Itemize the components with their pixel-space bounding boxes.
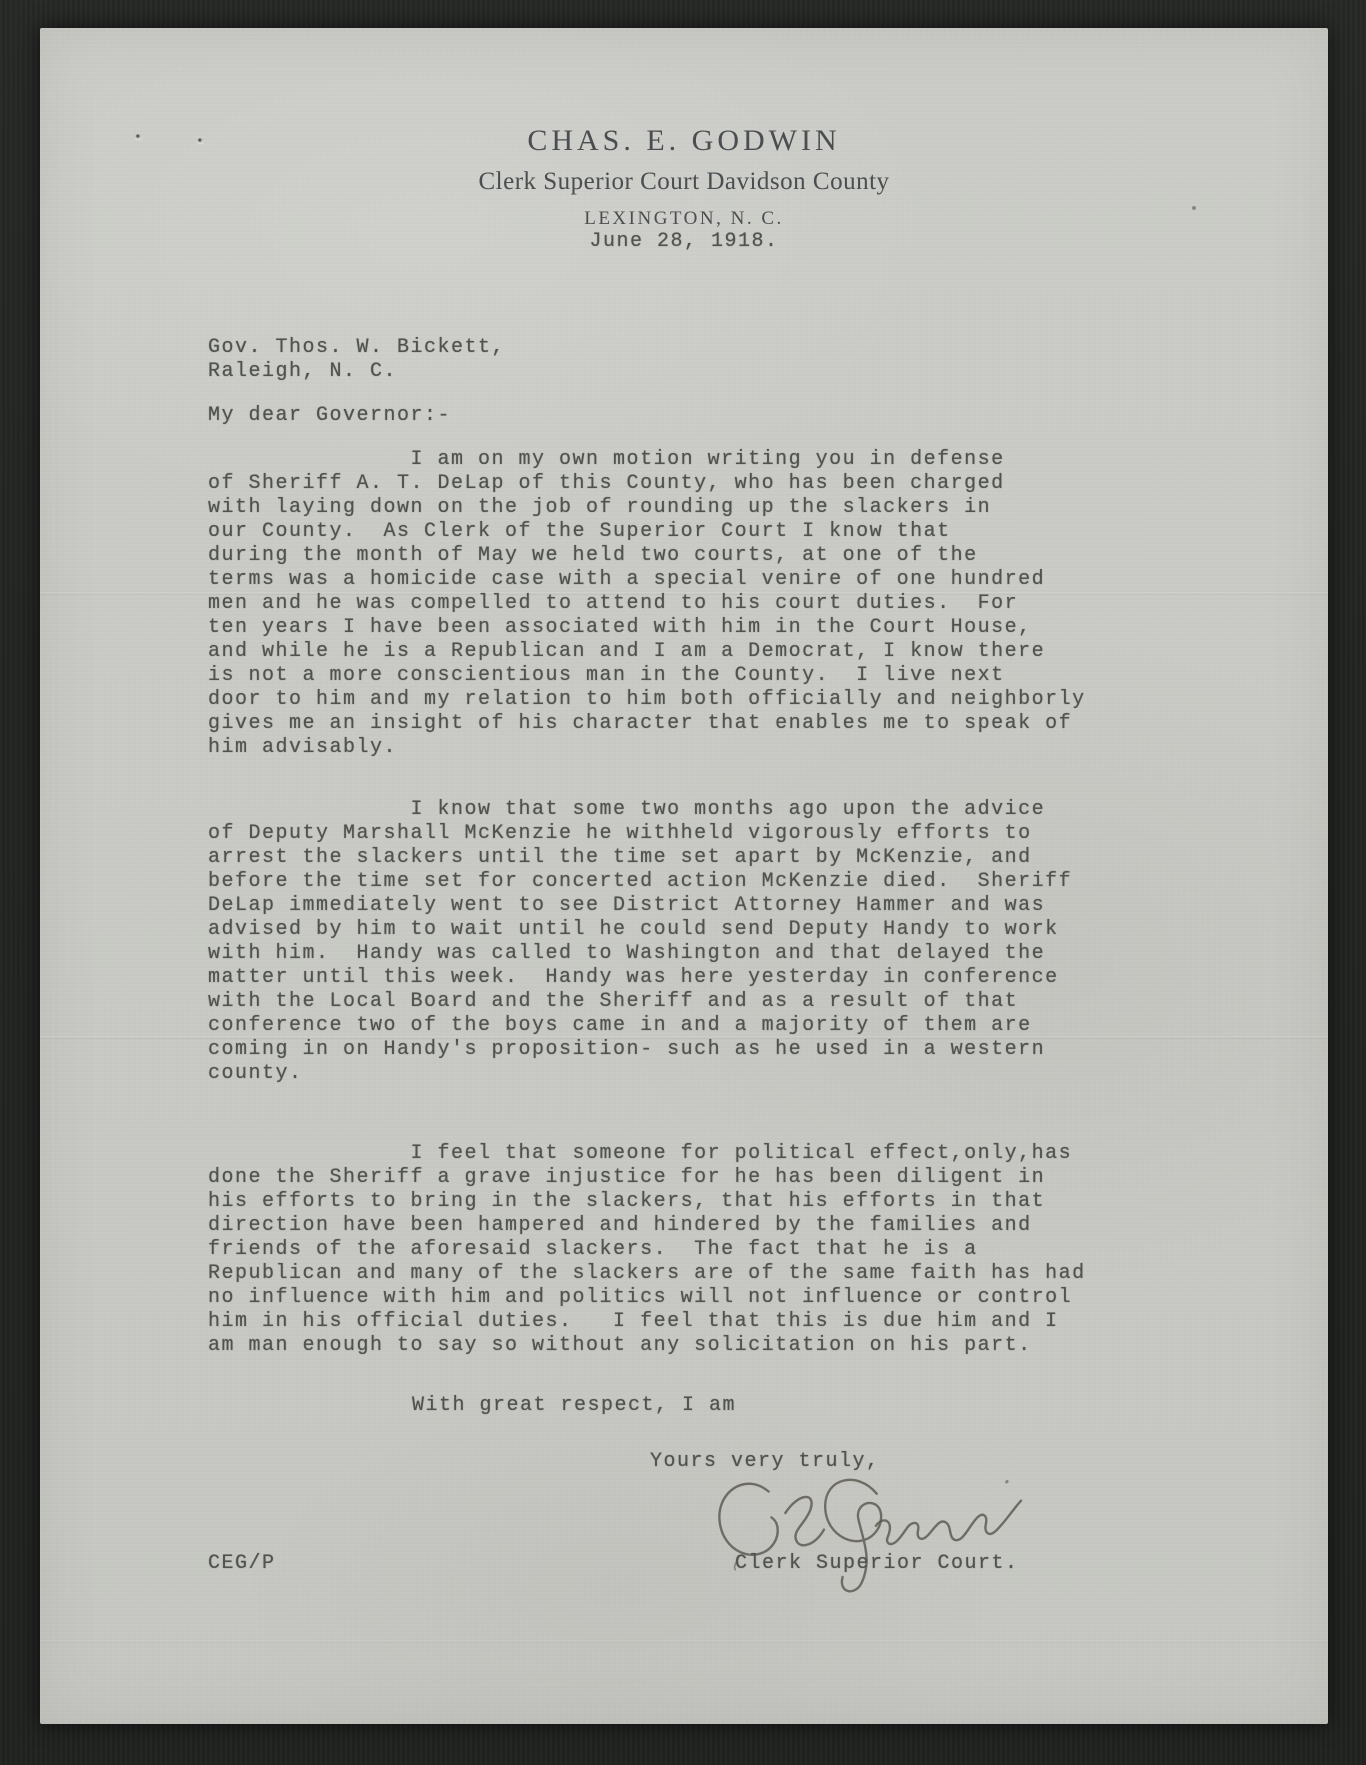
fold-crease-lower (40, 1640, 1328, 1643)
letter-date: June 28, 1918. (40, 230, 1328, 254)
body-paragraph-1: I am on my own motion writing you in def… (208, 448, 1086, 760)
body-paragraph-3: I feel that someone for political effect… (208, 1142, 1086, 1358)
closing-respect-line: With great respect, I am (412, 1394, 736, 1418)
typist-reference: CEG/P (208, 1552, 276, 1576)
body-paragraph-2: I know that some two months ago upon the… (208, 798, 1072, 1086)
letterhead-name: CHAS. E. GODWIN (40, 124, 1328, 158)
salutation: My dear Governor:- (208, 404, 451, 428)
letterhead-city: LEXINGTON, N. C. (40, 208, 1328, 230)
letterhead-title: Clerk Superior Court Davidson County (40, 168, 1328, 196)
valediction: Yours very truly, (650, 1450, 880, 1474)
recipient-address: Gov. Thos. W. Bickett, Raleigh, N. C. (208, 336, 505, 384)
handwritten-signature (708, 1464, 1032, 1596)
letter-page: CHAS. E. GODWIN Clerk Superior Court Dav… (40, 28, 1328, 1724)
signer-title: Clerk Superior Court. (735, 1552, 1019, 1576)
